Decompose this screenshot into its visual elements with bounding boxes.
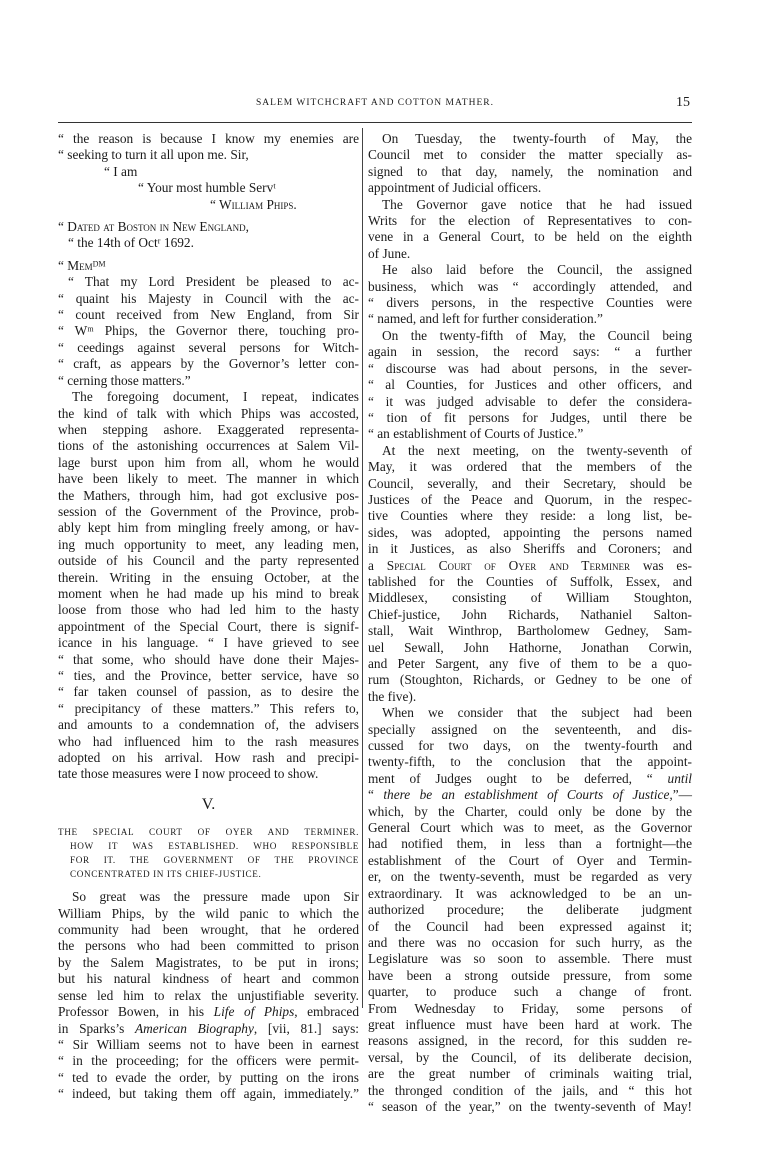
left-column: “ the reason is because I know my enemie… <box>58 131 359 1103</box>
right-column: On Tuesday, the twenty-fourth of May, th… <box>368 131 692 1115</box>
running-header: SALEM WITCHCRAFT AND COTTON MATHER. 15 <box>58 96 692 118</box>
court-name: Special Court of Oyer and Terminer <box>387 558 630 573</box>
section-heading: THE SPECIAL COURT OF OYER AND TERMINER. … <box>58 825 359 881</box>
memo-heading: “ Memᴰᴹ <box>58 258 359 274</box>
paragraph-pressure-on-phips: So great was the pressure made upon Sir … <box>58 889 359 1102</box>
page-number: 15 <box>676 95 690 111</box>
letter-excerpt: “ the reason is because I know my enemie… <box>58 131 359 164</box>
letter-dateline: “ Dated at Boston in New England, <box>58 219 359 235</box>
paragraph-governor-writs: The Governor gave notice that he had iss… <box>368 197 692 263</box>
paragraph-tuesday-council: On Tuesday, the twenty-fourth of May, th… <box>368 131 692 197</box>
memo-text: “ That my Lord President be pleased to a… <box>58 274 359 389</box>
letter-date: “ the 14th of Octʳ 1692. <box>58 235 359 251</box>
book-title-american-biography: American Biography <box>135 1021 254 1036</box>
paragraph-assigned-business: He also laid before the Council, the ass… <box>368 262 692 328</box>
section-number: V. <box>58 797 359 813</box>
header-rule <box>58 122 692 123</box>
letter-closing: “ I am <box>58 164 359 180</box>
paragraph-foregoing-document: The foregoing document, I repeat, indica… <box>58 389 359 783</box>
paragraph-twenty-seventh: At the next meeting, on the twenty-seven… <box>368 443 692 706</box>
paragraph-twenty-fifth: On the twenty-fifth of May, the Council … <box>368 328 692 443</box>
running-title: SALEM WITCHCRAFT AND COTTON MATHER. <box>58 98 692 108</box>
letter-signature: “ William Phips. <box>58 197 359 213</box>
letter-closing-servant: “ Your most humble Servᵗ <box>58 180 359 196</box>
paragraph-when-we-consider: When we consider that the subject had be… <box>368 705 692 1115</box>
quoted-italic-phrase: there be an establishment of Courts of J… <box>383 787 672 802</box>
book-title-life-of-phips: Life of Phips <box>214 1004 295 1019</box>
column-divider <box>362 128 363 1008</box>
